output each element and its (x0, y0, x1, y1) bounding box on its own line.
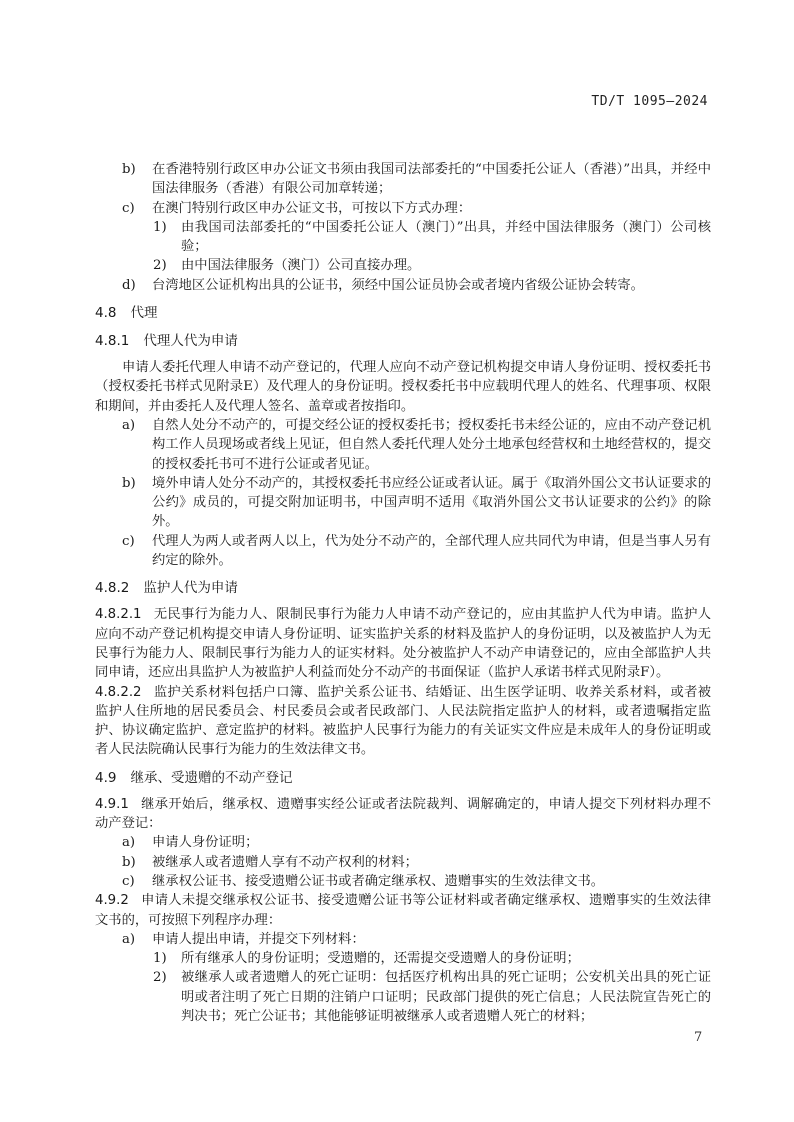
list-item: a) 申请人提出申请，并提交下列材料： (95, 930, 711, 949)
list-item: b) 境外申请人处分不动产的，其授权委托书应经公证或者认证。属于《取消外国公文书… (95, 474, 711, 532)
section-number: 4.8 (95, 304, 116, 323)
section-number: 4.8.2 (95, 579, 129, 598)
list-text: 自然人处分不动产的，可提交经公证的授权委托书；授权委托书未经公证的，应由不动产登… (152, 416, 711, 474)
list-label: b) (122, 474, 152, 532)
list-text: 代理人为两人或者两人以上，代为处分不动产的，全部代理人应共同代为申请，但是当事人… (152, 532, 711, 571)
list-text: 所有继承人的身份证明；受遗赠的，还需提交受遗赠人的身份证明； (181, 949, 711, 968)
section-title: 代理人代为申请 (143, 333, 238, 349)
section-title: 监护人代为申请 (143, 580, 238, 596)
list-label: 2) (153, 256, 181, 275)
clause-4-9-1: 4.9.1继承开始后，继承权、遗赠事实经公证或者法院裁判、调解确定的，申请人提交… (95, 795, 711, 834)
clause-number: 4.8.2.2 (95, 685, 142, 700)
list-label: 2) (153, 968, 181, 1026)
list-text: 继承权公证书、接受遗赠公证书或者确定继承权、遗赠事实的生效法律文书。 (152, 872, 711, 891)
list-label: c) (122, 199, 152, 218)
list-text: 申请人提出申请，并提交下列材料： (152, 930, 711, 949)
list-text: 被继承人或者遗赠人享有不动产权利的材料； (152, 853, 711, 872)
list-item: a) 自然人处分不动产的，可提交经公证的授权委托书；授权委托书未经公证的，应由不… (95, 416, 711, 474)
clause-4-8-2-2: 4.8.2.2监护关系材料包括户口簿、监护关系公证书、结婚证、出生医学证明、收养… (95, 683, 711, 760)
clause-text: 申请人未提交继承权公证书、接受遗赠公证书等公证材料或者确定继承权、遗赠事实的生效… (95, 893, 711, 927)
list-item: b) 被继承人或者遗赠人享有不动产权利的材料； (95, 853, 711, 872)
list-label: a) (122, 833, 152, 852)
sub-list-item: 1) 所有继承人的身份证明；受遗赠的，还需提交受遗赠人的身份证明； (95, 949, 711, 968)
list-label: c) (122, 872, 152, 891)
list-item: d) 台湾地区公证机构出具的公证书，须经中国公证员协会或者境内省级公证协会转寄。 (95, 276, 711, 295)
list-label: a) (122, 416, 152, 474)
list-text: 被继承人或者遗赠人的死亡证明：包括医疗机构出具的死亡证明；公安机关出具的死亡证明… (181, 968, 711, 1026)
section-heading-4-9: 4.9继承、受遗赠的不动产登记 (95, 769, 711, 788)
list-label: b) (122, 160, 152, 199)
section-heading-4-8-1: 4.8.1代理人代为申请 (95, 332, 711, 351)
list-item: b) 在香港特别行政区申办公证文书须由我国司法部委托的“中国委托公证人（香港）”… (95, 160, 711, 199)
list-item: c) 继承权公证书、接受遗赠公证书或者确定继承权、遗赠事实的生效法律文书。 (95, 872, 711, 891)
clause-text: 监护关系材料包括户口簿、监护关系公证书、结婚证、出生医学证明、收养关系材料，或者… (95, 685, 711, 758)
clause-text: 继承开始后，继承权、遗赠事实经公证或者法院裁判、调解确定的，申请人提交下列材料办… (95, 797, 711, 831)
list-label: a) (122, 930, 152, 949)
clause-text: 无民事行为能力人、限制民事行为能力人申请不动产登记的，应由其监护人代为申请。监护… (95, 607, 711, 680)
section-title: 继承、受遗赠的不动产登记 (130, 770, 292, 786)
clause-number: 4.9.1 (95, 797, 129, 812)
section-heading-4-8-2: 4.8.2监护人代为申请 (95, 579, 711, 598)
section-heading-4-8: 4.8代理 (95, 304, 711, 323)
list-label: c) (122, 532, 152, 571)
list-text: 由我国司法部委托的“中国委托公证人（澳门）”出具，并经中国法律服务（澳门）公司核… (181, 218, 711, 257)
list-label: b) (122, 853, 152, 872)
standard-code: TD/T 1095—2024 (591, 94, 708, 109)
list-label: 1) (153, 218, 181, 257)
clause-number: 4.9.2 (95, 893, 129, 908)
sub-list-item: 2) 被继承人或者遗赠人的死亡证明：包括医疗机构出具的死亡证明；公安机关出具的死… (95, 968, 711, 1026)
list-text: 在香港特别行政区申办公证文书须由我国司法部委托的“中国委托公证人（香港）”出具，… (152, 160, 711, 199)
list-label: 1) (153, 949, 181, 968)
sub-list-item: 1) 由我国司法部委托的“中国委托公证人（澳门）”出具，并经中国法律服务（澳门）… (95, 218, 711, 257)
list-text: 申请人身份证明； (152, 833, 711, 852)
section-title: 代理 (130, 305, 157, 321)
document-body: b) 在香港特别行政区申办公证文书须由我国司法部委托的“中国委托公证人（香港）”… (95, 160, 711, 1026)
list-text: 在澳门特别行政区申办公证文书，可按以下方式办理： (152, 199, 711, 218)
sub-list-item: 2) 由中国法律服务（澳门）公司直接办理。 (95, 256, 711, 275)
list-item: c) 代理人为两人或者两人以上，代为处分不动产的，全部代理人应共同代为申请，但是… (95, 532, 711, 571)
list-text: 由中国法律服务（澳门）公司直接办理。 (181, 256, 711, 275)
section-number: 4.8.1 (95, 332, 129, 351)
list-text: 台湾地区公证机构出具的公证书，须经中国公证员协会或者境内省级公证协会转寄。 (152, 276, 711, 295)
paragraph: 申请人委托代理人申请不动产登记的，代理人应向不动产登记机构提交申请人身份证明、授… (95, 358, 711, 416)
document-page: TD/T 1095—2024 b) 在香港特别行政区申办公证文书须由我国司法部委… (0, 0, 794, 1122)
section-number: 4.9 (95, 769, 116, 788)
page-number: 7 (694, 1030, 702, 1045)
list-label: d) (122, 276, 152, 295)
list-text: 境外申请人处分不动产的，其授权委托书应经公证或者认证。属于《取消外国公文书认证要… (152, 474, 711, 532)
list-item: a) 申请人身份证明； (95, 833, 711, 852)
clause-number: 4.8.2.1 (95, 607, 142, 622)
clause-4-8-2-1: 4.8.2.1无民事行为能力人、限制民事行为能力人申请不动产登记的，应由其监护人… (95, 605, 711, 682)
list-item: c) 在澳门特别行政区申办公证文书，可按以下方式办理： (95, 199, 711, 218)
clause-4-9-2: 4.9.2申请人未提交继承权公证书、接受遗赠公证书等公证材料或者确定继承权、遗赠… (95, 891, 711, 930)
